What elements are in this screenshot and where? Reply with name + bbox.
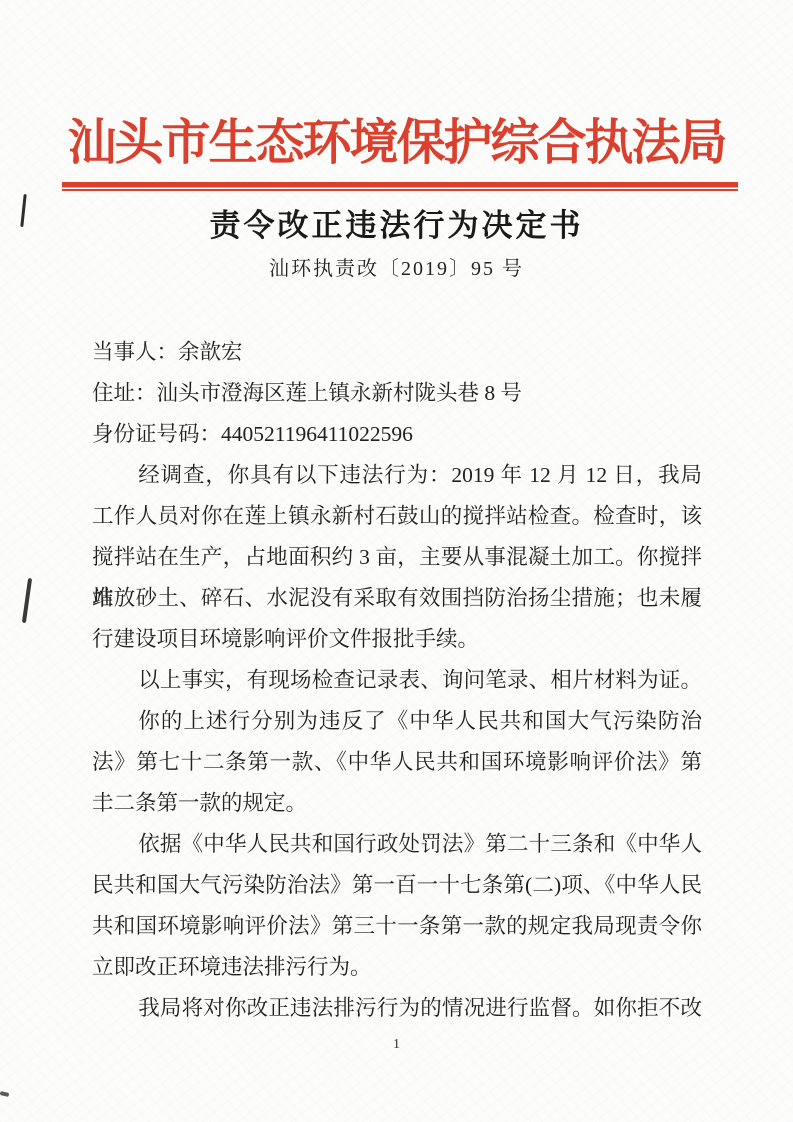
body-line: 行建设项目环境影响评价文件报批手续。 bbox=[92, 619, 702, 660]
body-line: 依据《中华人民共和国行政处罚法》第二十三条和《中华人 bbox=[92, 824, 702, 865]
scan-artifact-mark bbox=[22, 578, 32, 623]
document-number: 汕环执责改〔2019〕95 号 bbox=[0, 252, 793, 281]
page-number: 1 bbox=[0, 1037, 793, 1053]
address-line: 住址：汕头市澄海区莲上镇永新村陇头巷 8 号 bbox=[92, 373, 702, 414]
body-line: 十二条第一款的规定。 bbox=[92, 783, 702, 824]
body-line: 搅拌站在生产，占地面积约 3 亩，主要从事混凝土加工。你搅拌站 bbox=[92, 537, 702, 578]
body-line: 堆放砂土、碎石、水泥没有采取有效围挡防治扬尘措施；也未履 bbox=[92, 578, 702, 619]
body-line: 以上事实，有现场检查记录表、询问笔录、相片材料为证。 bbox=[92, 660, 702, 701]
id-number-line: 身份证号码：440521196411022596 bbox=[92, 414, 702, 455]
body-line: 立即改正环境违法排污行为。 bbox=[92, 947, 702, 988]
body-line: 工作人员对你在莲上镇永新村石鼓山的搅拌站检查。检查时，该 bbox=[92, 496, 702, 537]
party-line: 当事人：余歆宏 bbox=[92, 332, 702, 373]
body-line: 法》第七十二条第一款、《中华人民共和国环境影响评价法》第二 bbox=[92, 742, 702, 783]
letterhead-divider-rule bbox=[62, 182, 738, 191]
body-line: 你的上述行分别为违反了《中华人民共和国大气污染防治 bbox=[92, 701, 702, 742]
body-line: 民共和国大气污染防治法》第一百一十七条第(二)项、《中华人民 bbox=[92, 865, 702, 906]
scanned-document-page: 汕头市生态环境保护综合执法局 责令改正违法行为决定书 汕环执责改〔2019〕95… bbox=[0, 0, 793, 1122]
body-line: 共和国环境影响评价法》第三十一条第一款的规定我局现责令你 bbox=[92, 906, 702, 947]
agency-letterhead: 汕头市生态环境保护综合执法局 bbox=[0, 104, 793, 174]
scan-artifact-mark bbox=[0, 1091, 9, 1097]
document-title: 责令改正违法行为决定书 bbox=[0, 200, 793, 245]
body-line: 我局将对你改正违法排污行为的情况进行监督。如你拒不改 bbox=[92, 988, 702, 1029]
document-body: 当事人：余歆宏 住址：汕头市澄海区莲上镇永新村陇头巷 8 号 身份证号码：440… bbox=[92, 332, 702, 1029]
body-line: 经调查，你具有以下违法行为：2019 年 12 月 12 日，我局 bbox=[92, 455, 702, 496]
